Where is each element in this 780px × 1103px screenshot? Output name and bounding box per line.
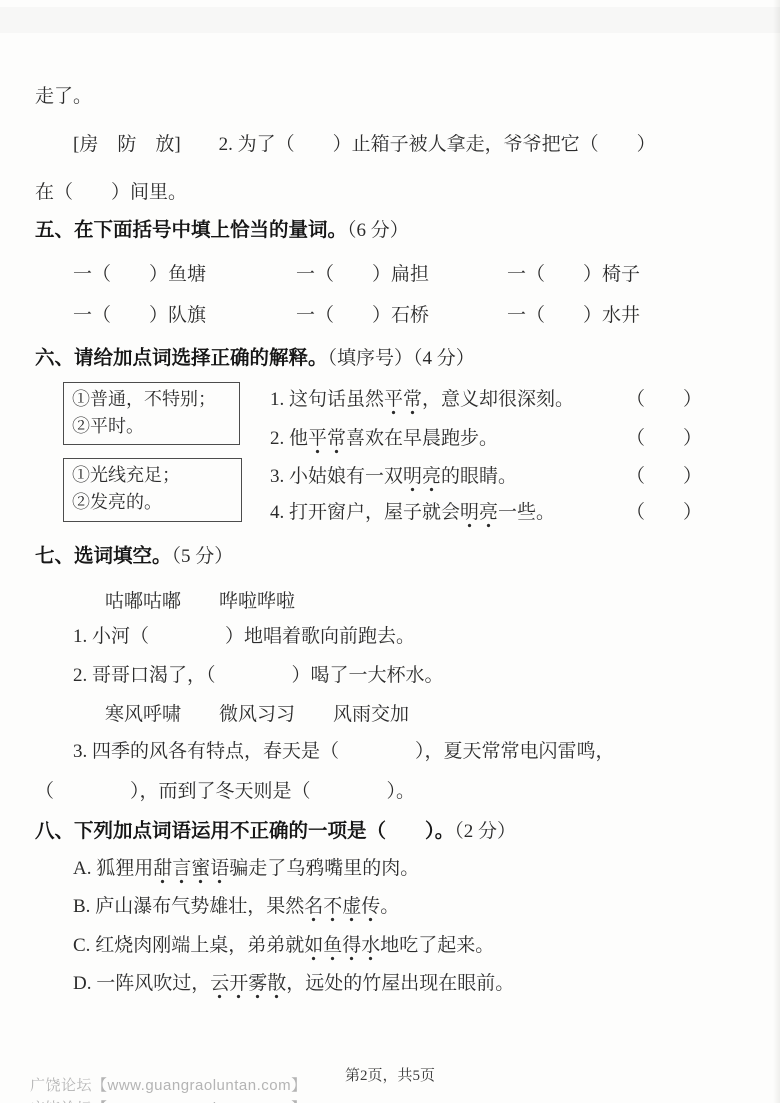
section7-score: （5 分） — [172, 546, 234, 567]
section5-heading: 五、在下面括号中填上恰当的量词。（6 分） — [35, 217, 409, 244]
scan-top-shading — [0, 7, 780, 33]
quantifier-cell: 一（ ）水井 — [507, 305, 640, 326]
answer-parentheses: （ ） — [626, 464, 702, 490]
option-label: C. — [73, 935, 95, 956]
intro-line-3: 在（ ）间里。 — [35, 180, 187, 206]
emphasized-idiom: 如鱼得水 — [304, 935, 380, 961]
section7-item-3-line-1: 3. 四季的风各有特点，春天是（ ），夏天常常电闪雷鸣， — [73, 739, 615, 765]
option-text: 一阵风吹过， — [96, 973, 210, 994]
section6-title: 六、请给加点词选择正确的解释。 — [35, 347, 328, 369]
section7-item-3-line-2: （ ），而到了冬天则是（ ）。 — [35, 779, 415, 805]
item-number: 3. — [270, 466, 289, 487]
section6-note: （填序号）（4 分） — [328, 348, 475, 369]
option-text: ，远处的竹屋出现在眼前。 — [286, 973, 514, 994]
definition-box-2-line-2: ②发亮的。 — [72, 489, 233, 516]
section8-heading: 八、下列加点词语运用不正确的一项是（ ）。（2 分） — [35, 818, 516, 845]
emphasized-idiom: 甜言蜜语 — [153, 858, 229, 884]
definition-box-2: ①光线充足； ②发亮的。 — [63, 458, 242, 522]
definition-box-1-line-2: ②平时。 — [72, 413, 231, 440]
section5-score: （6 分） — [347, 220, 409, 241]
quantifier-cell: 一（ ）鱼塘 — [73, 262, 296, 288]
item-text: 小姑娘有一双 — [289, 466, 403, 487]
section7-item-1: 1. 小河（ ）地唱着歌向前跑去。 — [73, 624, 415, 650]
option-text: 。 — [380, 896, 399, 917]
item-number: 2. — [270, 428, 289, 449]
quantifier-cell: 一（ ）石桥 — [296, 303, 507, 329]
item-text: ，意义却很深刻。 — [422, 389, 574, 410]
definition-box-1: ①普通，不特别； ②平时。 — [63, 382, 240, 445]
option-text: 狐狸用 — [96, 858, 153, 879]
emphasized-word: 明亮 — [460, 502, 498, 528]
option-row-b: B. 庐山瀑布气势雄壮，果然名不虚传。 — [73, 894, 399, 920]
emphasized-word: 明亮 — [403, 466, 441, 492]
definition-box-1-line-1: ①普通，不特别； — [72, 386, 231, 413]
scan-right-shading — [773, 0, 780, 1103]
footer-watermark-clipped: 广饶论坛【www.guangraoluntan.com】 — [30, 1097, 307, 1103]
emphasized-idiom: 云开雾散 — [210, 973, 286, 999]
intro-line-1: 走了。 — [35, 84, 92, 110]
emphasized-word: 平常 — [308, 428, 346, 454]
option-text: 庐山瀑布气势雄壮，果然 — [95, 896, 304, 917]
section6-heading: 六、请给加点词选择正确的解释。（填序号）（4 分） — [35, 345, 475, 372]
option-label: B. — [73, 896, 95, 917]
option-text: 红烧肉刚端上桌，弟弟就 — [95, 935, 304, 956]
item-text: 喜欢在早晨跑步。 — [346, 428, 498, 449]
item-text: 他 — [289, 428, 308, 449]
definition-box-2-line-1: ①光线充足； — [72, 462, 233, 489]
footer-watermark: 广饶论坛【www.guangraoluntan.com】 — [30, 1074, 307, 1095]
option-text: 骗走了乌鸦嘴里的肉。 — [229, 858, 419, 879]
section6-item-4: 4. 打开窗户，屋子就会明亮一些。（ ） — [270, 500, 702, 526]
option-label: A. — [73, 858, 96, 879]
option-row-d: D. 一阵风吹过，云开雾散，远处的竹屋出现在眼前。 — [73, 971, 514, 997]
item-text: 一些。 — [498, 502, 555, 523]
section6-item-1: 1. 这句话虽然平常，意义却很深刻。（ ） — [270, 387, 702, 413]
option-label: D. — [73, 973, 96, 994]
option-text: 地吃了起来。 — [380, 935, 494, 956]
item-text: 的眼睛。 — [441, 466, 517, 487]
answer-parentheses: （ ） — [626, 426, 702, 452]
item-number: 1. — [270, 389, 289, 410]
section8-title: 八、下列加点词语运用不正确的一项是（ ）。 — [35, 820, 454, 842]
section6-item-2: 2. 他平常喜欢在早晨跑步。（ ） — [270, 426, 702, 452]
section6-item-3: 3. 小姑娘有一双明亮的眼睛。（ ） — [270, 464, 702, 490]
quantifier-row-2: 一（ ）队旗一（ ）石桥一（ ）水井 — [73, 303, 640, 329]
quantifier-cell: 一（ ）椅子 — [507, 264, 640, 285]
word-bank-2: 寒风呼啸 微风习习 风雨交加 — [105, 702, 409, 728]
option-row-c: C. 红烧肉刚端上桌，弟弟就如鱼得水地吃了起来。 — [73, 933, 494, 959]
option-row-a: A. 狐狸用甜言蜜语骗走了乌鸦嘴里的肉。 — [73, 856, 419, 882]
quantifier-cell: 一（ ）扁担 — [296, 262, 507, 288]
item-text: 这句话虽然 — [289, 389, 384, 410]
answer-parentheses: （ ） — [626, 500, 702, 526]
section5-title: 五、在下面括号中填上恰当的量词。 — [35, 219, 347, 241]
quantifier-cell: 一（ ）队旗 — [73, 303, 296, 329]
emphasized-idiom: 名不虚传 — [304, 896, 380, 922]
section7-title: 七、选词填空。 — [35, 545, 172, 567]
word-bank-1: 咕嘟咕嘟 哗啦哗啦 — [105, 589, 295, 615]
section8-score: （2 分） — [454, 821, 516, 842]
emphasized-word: 平常 — [384, 389, 422, 415]
item-text: 打开窗户，屋子就会 — [289, 502, 460, 523]
item-number: 4. — [270, 502, 289, 523]
exam-page: 走了。 [房 防 放] 2. 为了（ ）止箱子被人拿走，爷爷把它（ ） 在（ ）… — [0, 0, 780, 1103]
quantifier-row-1: 一（ ）鱼塘一（ ）扁担一（ ）椅子 — [73, 262, 640, 288]
intro-line-2: [房 防 放] 2. 为了（ ）止箱子被人拿走，爷爷把它（ ） — [73, 132, 656, 158]
answer-parentheses: （ ） — [626, 387, 702, 413]
section7-item-2: 2. 哥哥口渴了，（ ）喝了一大杯水。 — [73, 663, 444, 689]
section7-heading: 七、选词填空。（5 分） — [35, 543, 233, 570]
